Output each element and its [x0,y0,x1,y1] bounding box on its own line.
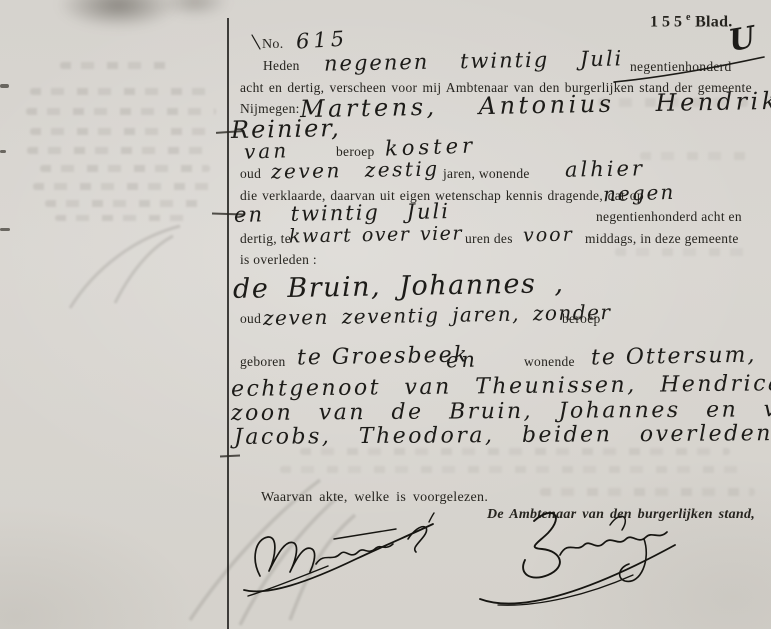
jaren-wonende-label: jaren, wonende [443,166,530,182]
death-time-handwritten: kwart over vier [289,222,463,247]
bleedthrough-text [45,200,205,207]
uren-des-label: uren des [465,231,513,247]
death-certificate-scan: 155e Blad. U No. 615 Heden negenen twint… [0,0,771,629]
closing-statement: Waarvan akte, welke is voorgelezen. [261,490,488,506]
blad-label: 155e Blad. [650,12,733,31]
beroep2-label: beroep [562,311,601,327]
dertig-te-label: dertig, te [240,231,291,247]
stray-mark [250,34,262,50]
bleedthrough-text [640,152,755,160]
margin-rule [227,18,229,629]
blad-number: 155 [650,13,686,30]
date-handwritten: negenen twintig Juli [324,46,624,75]
heden-label: Heden [263,58,300,74]
bleedthrough-text [33,183,213,190]
bleedthrough-text [300,448,730,455]
declarant-residence-handwritten: alhier [565,156,645,181]
bleedthrough-text [615,248,750,256]
bleedthrough-text [27,147,215,154]
declarant-age-handwritten: zeven zestig [271,157,440,184]
bleedthrough-text [30,128,215,135]
bleedthrough-text [540,488,755,496]
corner-paraph-mark: U [726,20,758,59]
bleedthrough-text [60,62,175,69]
edge-mark [0,84,9,88]
blad-ordinal: e [686,12,691,23]
bleedthrough-text [30,88,215,95]
middags-label: middags, in deze gemeente [585,231,739,247]
family-line-3: Jacobs, Theodora, beiden overleden. [234,421,771,450]
deceased-name: de Bruin, Johannes , [233,268,565,305]
wonende-label: wonende [524,354,575,370]
oud2-label: oud [240,311,261,327]
deceased-age-handwritten: zeven zeventig jaren, zonder [263,300,612,330]
edge-mark [0,150,6,153]
act-number: 615 [295,26,348,53]
bleedthrough-text [26,108,216,115]
year2-printed: negentienhonderd acht en [596,209,742,225]
edge-mark [0,228,10,231]
is-overleden-label: is overleden : [240,252,317,268]
birthplace-handwritten: te Groesbeek [297,343,469,371]
signature-official-de-graaf [468,503,683,613]
margin-tick [220,454,240,457]
bleedthrough-flourish [55,218,195,318]
signature-declarant-martens [238,512,438,600]
voor-handwritten: voor [523,224,574,247]
no-label: No. [262,37,284,53]
geboren-label: geboren [240,354,286,370]
bleedthrough-text [40,165,210,172]
oud-label: oud [240,166,261,182]
residence-handwritten: te Ottersum, [591,343,757,371]
death-day-handwritten: negen [603,180,676,207]
en-handwritten: en [446,347,479,372]
